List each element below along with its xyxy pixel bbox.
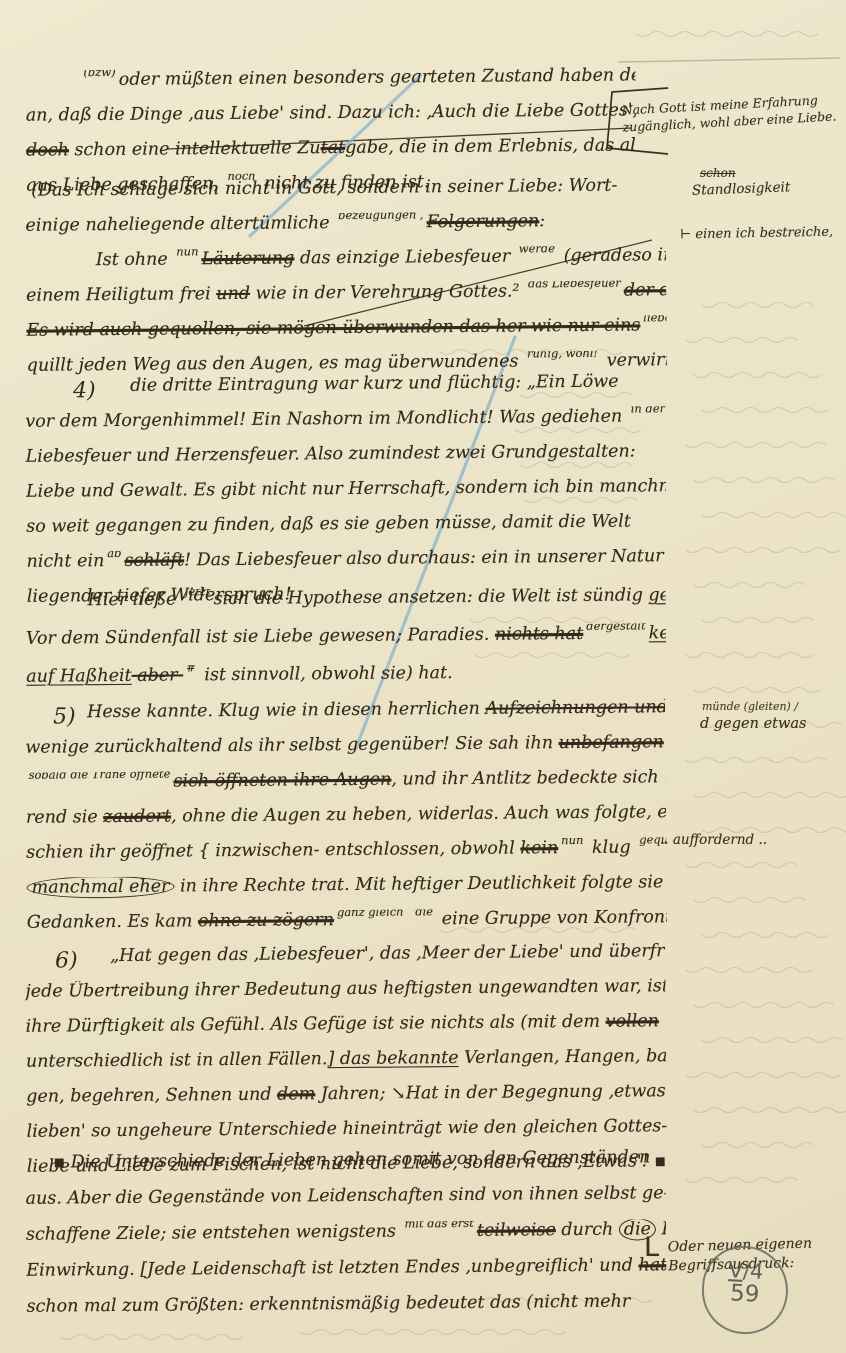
- margin-note-L-mark: L: [644, 1232, 659, 1263]
- manuscript-line: auf Haßheit aber # ist sinnvoll, obwohl …: [26, 661, 666, 691]
- manuscript-line: einige naheliegende altertümliche bezeug…: [25, 210, 665, 240]
- manuscript-line: Hesse kannte. Klug wie in diesen herrlic…: [25, 697, 665, 727]
- margin-note-bestreiche: ⊢ einen ich bestreiche,: [680, 225, 833, 243]
- manuscript-line: wenige zurückhaltend als ihr selbst gege…: [25, 732, 665, 762]
- manuscript-line: einem Heiligtum frei und wie in der Vere…: [26, 280, 666, 310]
- margin-note-word-struck: schon: [700, 166, 736, 180]
- manuscript-line: Liebe und Gewalt. Es gibt nicht nur Herr…: [26, 476, 666, 506]
- stamp-roman-numeral: V: [728, 1258, 744, 1283]
- manuscript-line: Gedanken. Es kam ohne zu zögernganz glei…: [27, 907, 667, 937]
- manuscript-line: lieben' so ungeheure Unterschiede hinein…: [26, 1116, 666, 1146]
- manuscript-line: manchmal eher in ihre Rechte trat. Mit h…: [26, 872, 666, 902]
- manuscript-line: Ist ohne nunLäuterung das einzige Liebes…: [26, 245, 666, 275]
- manuscript-line: ihre Dürftigkeit als Gefühl. Als Gefüge …: [26, 1011, 666, 1041]
- manuscript-line: schien ihr geöffnet { inzwischen- entsch…: [26, 837, 666, 867]
- manuscript-line: sobald die Träne öffnetesich öffneten ih…: [26, 767, 666, 797]
- manuscript-line: schaffene Ziele; sie entstehen wenigsten…: [26, 1219, 666, 1249]
- section-number: 5): [53, 704, 76, 729]
- section-number: 4): [73, 378, 96, 403]
- paragraph-hypothese: Hier ließe jetztsich die Hypothese anset…: [26, 585, 667, 705]
- manuscript-line: nicht einabschläft! Das Liebesfeuer also…: [26, 546, 666, 576]
- margin-note-top-right: Nach Gott ist meine Erfahrung zugänglich…: [621, 90, 837, 135]
- manuscript-line: an, daß die Dinge ‚aus Liebe' sind. Dazu…: [26, 100, 636, 129]
- paragraph-4: 4)die dritte Eintragung war kurz und flü…: [25, 371, 667, 622]
- manuscript-line: (bzw)oder müßten einen besonders geartet…: [25, 65, 635, 94]
- paragraph-closing: ▪ Die Unterschiede der Lieben gehen somi…: [25, 1147, 667, 1333]
- manuscript-line: vor dem Morgenhimmel! Ein Nashorn im Mon…: [25, 406, 665, 436]
- manuscript-page: (bzw)oder müßten einen besonders geartet…: [0, 0, 846, 1353]
- manuscript-line: schon mal zum Größten: erkenntnismäßig b…: [26, 1291, 666, 1321]
- paragraph-5: 5)Hesse kannte. Klug wie in diesen herrl…: [25, 697, 667, 948]
- manuscript-line: rend sie zaudert, ohne die Augen zu hebe…: [26, 802, 666, 832]
- margin-note-small: münde (gleiten) /: [702, 700, 798, 713]
- stamp-line-2: 59: [703, 1280, 786, 1308]
- manuscript-line: die dritte Eintragung war kurz und flüch…: [25, 371, 665, 401]
- manuscript-line: doch schon eine intellektuelle Zutatgabe…: [26, 135, 636, 164]
- manuscript-line: Liebesfeuer und Herzensfeuer. Also zumin…: [26, 441, 666, 471]
- manuscript-line: ▪ Die Unterschiede der Lieben gehen somi…: [25, 1147, 665, 1177]
- manuscript-line: jede Übertreibung ihrer Bedeutung aus he…: [25, 976, 665, 1006]
- faint-ruled-line: [618, 58, 840, 62]
- manuscript-line: Vor dem Sündenfall ist sie Liebe gewesen…: [26, 623, 666, 653]
- manuscript-line: so weit gegangen zu finden, daß es sie g…: [26, 511, 666, 541]
- paragraph-das-ich: (Das Ich schlage sich nicht in Gott, son…: [25, 175, 667, 391]
- margin-note-gegen-etwas: d gegen etwas: [700, 716, 806, 732]
- margin-note-auffordernd: .. auffordernd ..: [660, 832, 767, 848]
- manuscript-line: gen, begehren, Sehnen und dem Jahren; ↘H…: [26, 1081, 666, 1111]
- manuscript-line: „Hat gegen das ‚Liebesfeuer', das ‚Meer …: [25, 941, 665, 971]
- manuscript-line: unterschiedlich ist in allen Fällen.] da…: [26, 1046, 666, 1076]
- manuscript-line: Einwirkung. [Jede Leidenschaft ist letzt…: [26, 1255, 666, 1285]
- section-number: 6): [55, 948, 78, 973]
- manuscript-line: Es wird auch gequollen, sie mögen überwu…: [26, 315, 666, 345]
- manuscript-line: (Das Ich schlage sich nicht in Gott, son…: [25, 175, 665, 205]
- manuscript-line: Hier ließe jetztsich die Hypothese anset…: [26, 585, 666, 615]
- margin-note-word: Standlosigkeit: [692, 179, 791, 198]
- manuscript-line: aus. Aber die Gegenstände von Leidenscha…: [26, 1183, 666, 1213]
